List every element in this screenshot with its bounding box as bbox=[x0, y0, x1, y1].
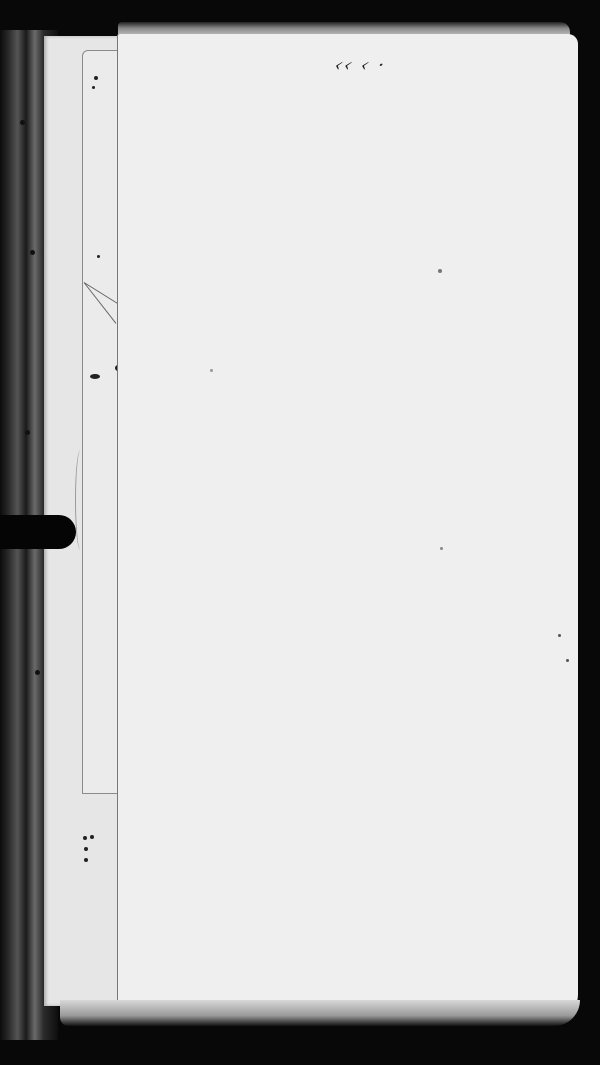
page-number-mark: ‹‹ ‹ · bbox=[331, 55, 389, 76]
stub-crease bbox=[75, 450, 86, 550]
binding-speck bbox=[35, 670, 40, 675]
stub-margin-box bbox=[82, 50, 122, 794]
page-bottom-edge bbox=[60, 1000, 580, 1026]
document-page bbox=[118, 34, 578, 1024]
binding-speck bbox=[25, 430, 30, 435]
binding-speck bbox=[20, 120, 25, 125]
binding-speck bbox=[30, 250, 35, 255]
binding-clip bbox=[0, 515, 76, 549]
